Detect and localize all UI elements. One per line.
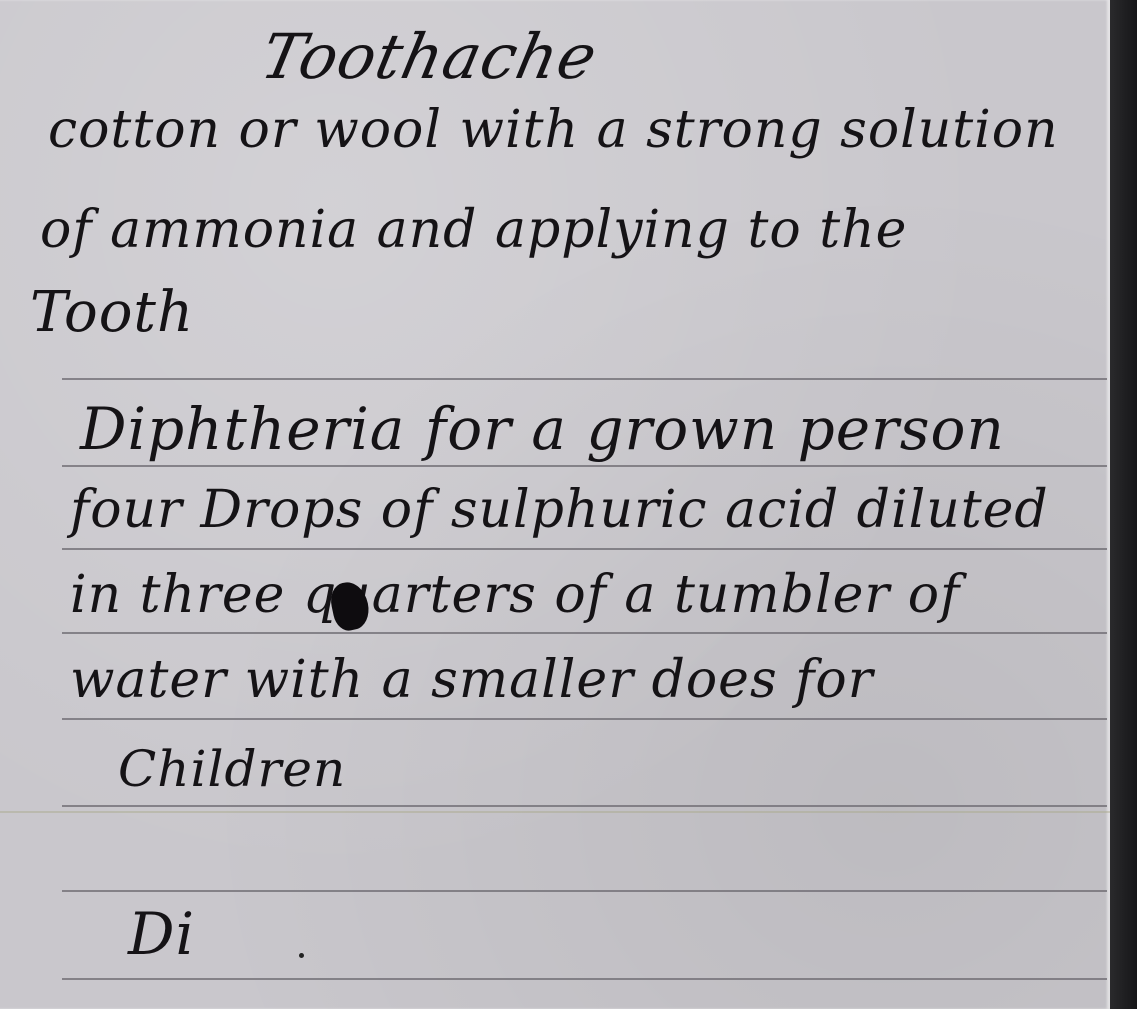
ruled-line — [62, 378, 1107, 380]
text-line: water with a smaller does for — [70, 650, 874, 710]
section-heading-diphtheria: Diphtheria for a grown person — [80, 395, 1005, 463]
ruled-line — [62, 548, 1107, 550]
text-line: Children — [118, 740, 346, 798]
scan-fold-line — [0, 811, 1137, 813]
text-line: four Drops of sulphuric acid diluted — [70, 480, 1049, 540]
scanner-edge — [1110, 0, 1137, 1009]
ink-dot — [299, 953, 304, 958]
text-line: cotton or wool with a strong solution — [48, 100, 1059, 160]
ruled-line — [62, 805, 1107, 807]
text-line: in three quarters of a tumbler of — [70, 565, 960, 625]
ruled-line — [62, 978, 1107, 980]
ruled-line — [62, 465, 1107, 467]
section-heading-partial: Di — [128, 900, 195, 968]
ruled-line — [62, 718, 1107, 720]
ruled-line — [62, 632, 1107, 634]
section-heading-toothache: Toothache — [255, 20, 604, 93]
scanned-page: Toothache cotton or wool with a strong s… — [0, 0, 1110, 1009]
text-line: Tooth — [30, 280, 194, 345]
text-line: of ammonia and applying to the — [40, 200, 907, 260]
ruled-line — [62, 890, 1107, 892]
